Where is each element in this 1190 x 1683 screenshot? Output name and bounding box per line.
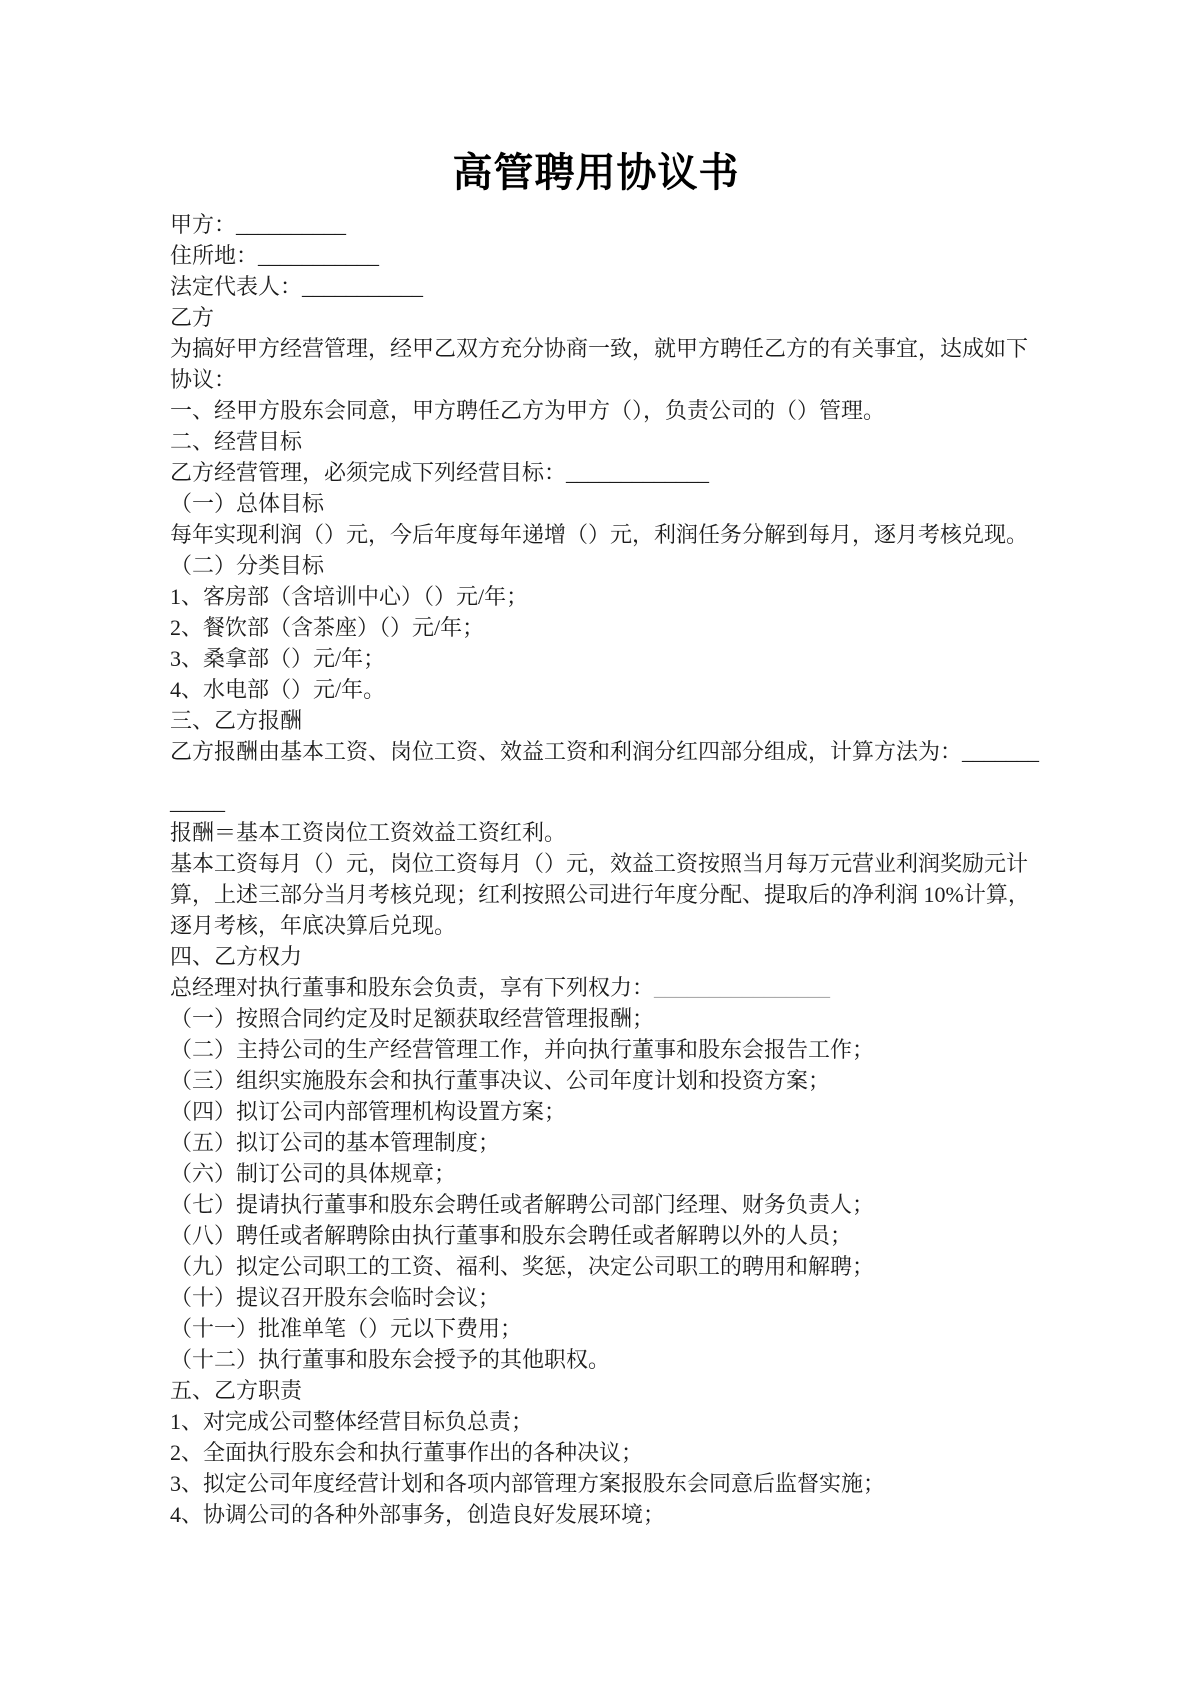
document-line: 4、水电部（）元/年。 [170,674,1022,705]
document-line: 3、拟定公司年度经营计划和各项内部管理方案报股东会同意后监督实施； [170,1468,1022,1499]
blank-underline: ________________ [654,975,830,1000]
line-text: （十二）执行董事和股东会授予的其他职权。 [170,1347,610,1372]
line-text: （二）主持公司的生产经营管理工作，并向执行董事和股东会报告工作； [170,1037,874,1062]
line-text: 乙方经营管理，必须完成下列经营目标：_____________ [170,460,709,485]
document-line: 乙方经营管理，必须完成下列经营目标：_____________ [170,457,1022,488]
document-line: 逐月考核，年底决算后兑现。 [170,910,1022,941]
document-line: 法定代表人：___________ [170,271,1022,302]
line-text: 4、水电部（）元/年。 [170,677,385,702]
line-text: 二、经营目标 [170,429,302,454]
line-text: 乙方报酬由基本工资、岗位工资、效益工资和利润分红四部分组成，计算方法为：____… [170,739,1039,764]
document-line: 为搞好甲方经营管理，经甲乙双方充分协商一致，就甲方聘任乙方的有关事宜，达成如下 [170,333,1022,364]
line-text: （九）拟定公司职工的工资、福利、奖惩，决定公司职工的聘用和解聘； [170,1254,874,1279]
document-line: 三、乙方报酬 [170,705,1022,736]
document-lines: 甲方：__________住所地：___________法定代表人：______… [170,209,1022,1530]
document-line: （二）分类目标 [170,550,1022,581]
document-body: 高管聘用协议书 甲方：__________住所地：___________法定代表… [170,147,1022,1530]
line-text: （二）分类目标 [170,553,324,578]
document-line: 4、协调公司的各种外部事务，创造良好发展环境； [170,1499,1022,1530]
document-line: 协议： [170,364,1022,395]
line-text: 甲方：__________ [170,212,346,237]
document-line: 甲方：__________ [170,209,1022,240]
line-text: 住所地：___________ [170,243,379,268]
line-text: 为搞好甲方经营管理，经甲乙双方充分协商一致，就甲方聘任乙方的有关事宜，达成如下 [170,336,1028,361]
document-line: （九）拟定公司职工的工资、福利、奖惩，决定公司职工的聘用和解聘； [170,1251,1022,1282]
line-text: （十）提议召开股东会临时会议； [170,1285,500,1310]
line-text: 1、客房部（含培训中心）（）元/年； [170,584,528,609]
document-line: 报酬＝基本工资岗位工资效益工资红利。 [170,817,1022,848]
document-page: 高管聘用协议书 甲方：__________住所地：___________法定代表… [0,0,1190,1683]
document-line: 算，上述三部分当月考核兑现；红利按照公司进行年度分配、提取后的净利润 10%计算… [170,879,1022,910]
line-text: 算，上述三部分当月考核兑现；红利按照公司进行年度分配、提取后的净利润 10%计算… [170,882,1030,907]
document-line: （一）总体目标 [170,488,1022,519]
document-line: 3、桑拿部（）元/年； [170,643,1022,674]
line-text: 三、乙方报酬 [170,708,302,733]
line-text: 3、拟定公司年度经营计划和各项内部管理方案报股东会同意后监督实施； [170,1471,885,1496]
document-line: （六）制订公司的具体规章； [170,1158,1022,1189]
line-text: 法定代表人：___________ [170,274,423,299]
line-text: （三）组织实施股东会和执行董事决议、公司年度计划和投资方案； [170,1068,830,1093]
line-text: 基本工资每月（）元，岗位工资每月（）元，效益工资按照当月每万元营业利润奖励元计 [170,851,1028,876]
document-line: 总经理对执行董事和股东会负责，享有下列权力：________________ [170,972,1022,1003]
line-text: 乙方 [170,305,214,330]
document-line: （二）主持公司的生产经营管理工作，并向执行董事和股东会报告工作； [170,1034,1022,1065]
document-line: （七）提请执行董事和股东会聘任或者解聘公司部门经理、财务负责人； [170,1189,1022,1220]
line-text: 逐月考核，年底决算后兑现。 [170,913,456,938]
document-line: 住所地：___________ [170,240,1022,271]
document-line: 1、客房部（含培训中心）（）元/年； [170,581,1022,612]
line-text: （六）制订公司的具体规章； [170,1161,456,1186]
line-text: （四）拟订公司内部管理机构设置方案； [170,1099,566,1124]
document-line: 一、经甲方股东会同意，甲方聘任乙方为甲方（），负责公司的（）管理。 [170,395,1022,426]
document-line: （十一）批准单笔（）元以下费用； [170,1313,1022,1344]
document-line: 五、乙方职责 [170,1375,1022,1406]
line-text: 2、全面执行股东会和执行董事作出的各种决议； [170,1440,643,1465]
line-text: （十一）批准单笔（）元以下费用； [170,1316,522,1341]
document-line: （一）按照合同约定及时足额获取经营管理报酬； [170,1003,1022,1034]
document-line: 每年实现利润（）元，今后年度每年递增（）元，利润任务分解到每月，逐月考核兑现。 [170,519,1022,550]
line-text: 1、对完成公司整体经营目标负总责； [170,1409,533,1434]
line-text: 每年实现利润（）元，今后年度每年递增（）元，利润任务分解到每月，逐月考核兑现。 [170,522,1028,547]
line-text: （一）按照合同约定及时足额获取经营管理报酬； [170,1006,654,1031]
document-line: （八）聘任或者解聘除由执行董事和股东会聘任或者解聘以外的人员； [170,1220,1022,1251]
document-line: （十二）执行董事和股东会授予的其他职权。 [170,1344,1022,1375]
document-line: （四）拟订公司内部管理机构设置方案； [170,1096,1022,1127]
line-text: （五）拟订公司的基本管理制度； [170,1130,500,1155]
document-line: （五）拟订公司的基本管理制度； [170,1127,1022,1158]
document-line: 2、餐饮部（含茶座）（）元/年； [170,612,1022,643]
line-text: 3、桑拿部（）元/年； [170,646,385,671]
line-text: （七）提请执行董事和股东会聘任或者解聘公司部门经理、财务负责人； [170,1192,874,1217]
document-line: _____ [170,786,1022,817]
line-text: 2、餐饮部（含茶座）（）元/年； [170,615,484,640]
document-title: 高管聘用协议书 [170,147,1022,199]
document-line: 四、乙方权力 [170,941,1022,972]
document-line: 2、全面执行股东会和执行董事作出的各种决议； [170,1437,1022,1468]
line-text: （八）聘任或者解聘除由执行董事和股东会聘任或者解聘以外的人员； [170,1223,852,1248]
document-line: 乙方报酬由基本工资、岗位工资、效益工资和利润分红四部分组成，计算方法为：____… [170,736,1022,767]
document-line: 乙方 [170,302,1022,333]
line-text: 一、经甲方股东会同意，甲方聘任乙方为甲方（），负责公司的（）管理。 [170,398,885,423]
line-text: 4、协调公司的各种外部事务，创造良好发展环境； [170,1502,665,1527]
document-line: 二、经营目标 [170,426,1022,457]
line-text: 五、乙方职责 [170,1378,302,1403]
document-line: 1、对完成公司整体经营目标负总责； [170,1406,1022,1437]
document-line: （十）提议召开股东会临时会议； [170,1282,1022,1313]
line-text: _____ [170,789,225,814]
document-line: 基本工资每月（）元，岗位工资每月（）元，效益工资按照当月每万元营业利润奖励元计 [170,848,1022,879]
line-text: 报酬＝基本工资岗位工资效益工资红利。 [170,820,566,845]
line-text: 四、乙方权力 [170,944,302,969]
document-line: （三）组织实施股东会和执行董事决议、公司年度计划和投资方案； [170,1065,1022,1096]
line-text: 总经理对执行董事和股东会负责，享有下列权力： [170,975,654,1000]
line-text: （一）总体目标 [170,491,324,516]
line-text: 协议： [170,367,236,392]
